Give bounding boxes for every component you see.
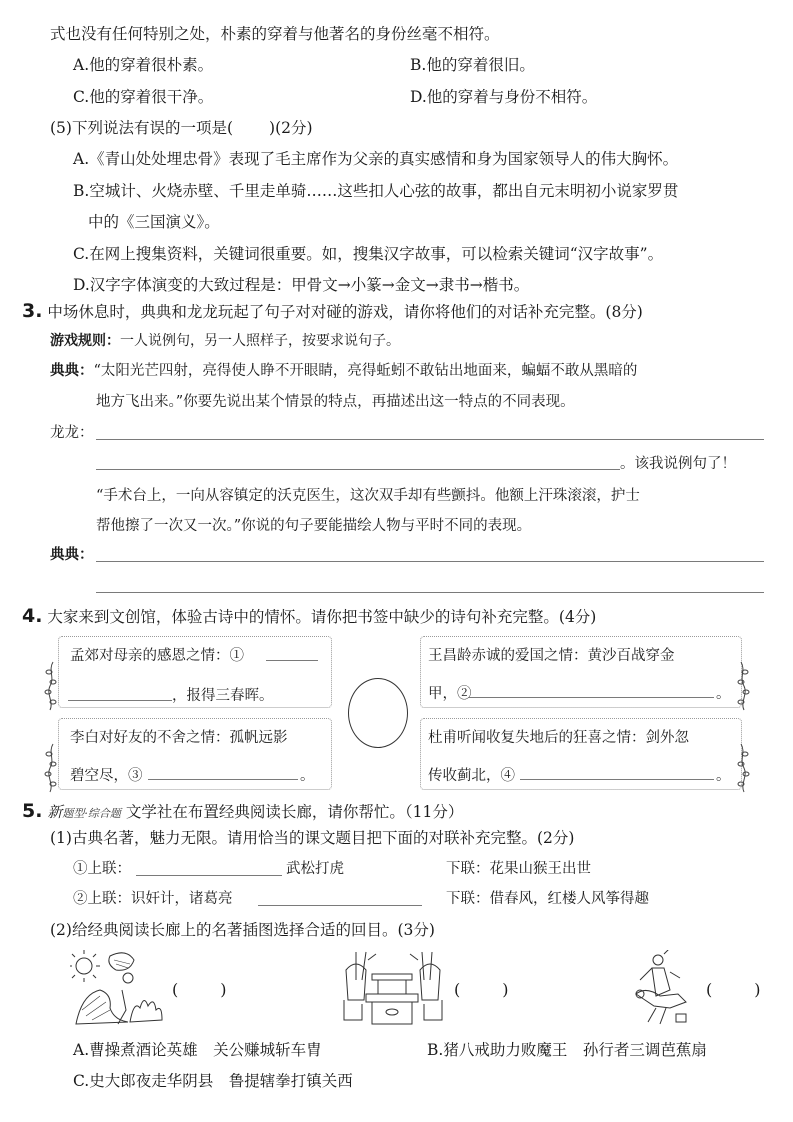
q5-couplet1-upper-tail: 武松打虎 bbox=[286, 857, 344, 878]
q3-long-answer-line-1[interactable] bbox=[96, 439, 764, 440]
paren-open: ( bbox=[706, 980, 712, 999]
bookmark-4-end: 。 bbox=[716, 764, 731, 785]
paren-close: ) bbox=[220, 980, 226, 999]
vine-decoration-icon bbox=[736, 660, 750, 712]
q5-couplet2-blank[interactable] bbox=[258, 905, 422, 906]
paren-close: ) bbox=[502, 980, 508, 999]
q5-couplet2-upper: ②上联：识奸计，诸葛亮 bbox=[73, 887, 233, 908]
q3-dian1-line1: “太阳光芒四射，亮得使人睁不开眼睛，亮得蚯蚓不敢钻出地面来，蝙蝠不敢从黑暗的 bbox=[94, 363, 638, 379]
q5-tag-type: 题型·综合题 bbox=[62, 807, 121, 820]
bookmark-1-line-1: 孟郊对母亲的感恩之情：① bbox=[70, 644, 244, 665]
q3-dian1-line2: 地方飞出来。”你要先说出某个情景的特点，再描述出这一特点的不同表现。 bbox=[96, 390, 575, 411]
illustration-fan-scene-icon bbox=[70, 950, 166, 1028]
bookmark-3-line-1: 李白对好友的不舍之情：孤帆远影 bbox=[70, 726, 288, 747]
q3-number: 3. bbox=[22, 300, 42, 322]
q2-sub5-option-c: C.在网上搜集资料，关键词很重要。如，搜集汉字故事，可以检索关键词“汉字故事”。 bbox=[73, 242, 663, 264]
q4-number: 4. bbox=[22, 605, 42, 627]
q2-sub5-option-a: A.《青山处处埋忠骨》表现了毛主席作为父亲的真实感情和身为国家领导人的伟大胸怀。 bbox=[73, 147, 678, 169]
q3-dian2-label: 典典： bbox=[50, 543, 94, 564]
q5-prompt: 文学社在布置经典阅读长廊，请你帮忙。（11分） bbox=[126, 803, 463, 821]
q3-rule: 游戏规则：一人说例句，另一人照样子，按要求说句子。 bbox=[50, 330, 400, 350]
q3-dian1-label: 典典： bbox=[50, 362, 94, 379]
q3-long-line3: “手术台上，一向从容镇定的沃克医生，这次双手却有些颤抖。他额上汗珠滚滚，护士 bbox=[96, 484, 640, 505]
q3-heading: 3. 中场休息时，典典和龙龙玩起了句子对对碰的游戏，请你将他们的对话补充完整。(… bbox=[22, 300, 643, 322]
q2-option-d: D.他的穿着与身份不相符。 bbox=[410, 85, 597, 107]
q2-sub5-prompt-end: )(2分) bbox=[269, 119, 313, 137]
q2-sub5-option-d: D.汉字字体演变的大致过程是：甲骨文→小篆→金文→隶书→楷书。 bbox=[73, 273, 529, 295]
q3-dian2-answer-line-2[interactable] bbox=[96, 592, 764, 593]
bookmark-1-line-2: ，报得三春晖。 bbox=[172, 684, 274, 705]
q3-rule-text: 一人说例句，另一人照样子，按要求说句子。 bbox=[120, 333, 400, 349]
q5-heading: 5. 新题型·综合题 文学社在布置经典阅读长廊，请你帮忙。（11分） bbox=[22, 800, 463, 822]
bookmark-2-end: 。 bbox=[716, 682, 731, 703]
vine-decoration-icon bbox=[44, 742, 58, 794]
paren-open: ( bbox=[454, 980, 460, 999]
q5-tag-new: 新 bbox=[47, 803, 62, 821]
q5-sub2-option-a: A.曹操煮酒论英雄 关公赚城斩车胄 bbox=[73, 1038, 322, 1060]
bookmark-3-end: 。 bbox=[300, 764, 315, 785]
q3-dian1: 典典：“太阳光芒四射，亮得使人睁不开眼睛，亮得蚯蚓不敢钻出地面来，蝙蝠不敢从黑暗… bbox=[50, 359, 637, 380]
q5-sub1-prompt: (1)古典名著，魅力无限。请用恰当的课文题目把下面的对联补充完整。(2分) bbox=[50, 826, 574, 848]
bookmark-4-blank[interactable] bbox=[520, 779, 714, 780]
q4-heading: 4. 大家来到文创馆，体验古诗中的情怀。请你把书签中缺少的诗句补充完整。(4分) bbox=[22, 605, 596, 627]
q3-long-tail: 。该我说例句了！ bbox=[620, 452, 736, 473]
bookmark-2-line-1: 王昌龄赤诚的爱国之情：黄沙百战穿金 bbox=[428, 644, 675, 665]
q5-couplet1-lower: 下联：花果山猴王出世 bbox=[446, 857, 591, 878]
paren-open: ( bbox=[172, 980, 178, 999]
illustration-2-answer-paren[interactable]: () bbox=[454, 980, 509, 999]
q3-rule-label: 游戏规则： bbox=[50, 333, 120, 349]
q3-prompt: 中场休息时，典典和龙龙玩起了句子对对碰的游戏，请你将他们的对话补充完整。(8分) bbox=[47, 303, 642, 321]
q3-long-answer-line-2[interactable] bbox=[96, 469, 620, 470]
illustration-fight-scene-icon bbox=[630, 950, 700, 1030]
illustration-1-answer-paren[interactable]: () bbox=[172, 980, 227, 999]
q2-option-c: C.他的穿着很干净。 bbox=[73, 85, 213, 107]
q2-option-b: B.他的穿着很旧。 bbox=[410, 53, 535, 75]
q2-intro-line: 式也没有任何特别之处，朴素的穿着与他著名的身份丝毫不相符。 bbox=[50, 22, 500, 44]
q5-sub2-prompt: (2)给经典阅读长廊上的名著插图选择合适的回目。(3分) bbox=[50, 918, 435, 940]
q5-sub2-option-b: B.猪八戒助力败魔王 孙行者三调芭蕉扇 bbox=[427, 1038, 707, 1060]
q2-sub5-prompt-start: (5)下列说法有误的一项是( bbox=[50, 119, 233, 137]
q5-sub2-option-c: C.史大郎夜走华阴县 鲁提辖拳打镇关西 bbox=[73, 1069, 353, 1091]
q2-sub5-option-b: B.空城计、火烧赤壁、千里走单骑……这些扣人心弦的故事，都出自元末明初小说家罗贯 bbox=[73, 179, 678, 201]
bookmark-2-line-2: 甲，② bbox=[428, 682, 472, 703]
illustration-banquet-scene-icon bbox=[342, 950, 444, 1028]
q3-long-label: 龙龙： bbox=[50, 421, 94, 442]
vine-decoration-icon bbox=[44, 660, 58, 712]
q5-number: 5. bbox=[22, 800, 42, 822]
q3-dian2-answer-line-1[interactable] bbox=[96, 561, 764, 562]
q5-couplet1-upper-label: ①上联： bbox=[73, 857, 131, 878]
vine-decoration-icon bbox=[736, 742, 750, 794]
bookmark-3-line-2: 碧空尽，③ bbox=[70, 764, 143, 785]
q2-option-a: A.他的穿着很朴素。 bbox=[73, 53, 213, 75]
q2-sub5-option-b-cont: 中的《三国演义》。 bbox=[88, 210, 220, 232]
q4-prompt: 大家来到文创馆，体验古诗中的情怀。请你把书签中缺少的诗句补充完整。(4分) bbox=[47, 608, 596, 626]
q3-long-line4: 帮他擦了一次又一次。”你说的句子要能描绘人物与平时不同的表现。 bbox=[96, 514, 531, 535]
q5-couplet2-lower: 下联：借春风，红楼人风筝得趣 bbox=[446, 887, 649, 908]
bookmark-2-blank[interactable] bbox=[468, 697, 714, 698]
illustration-3-answer-paren[interactable]: () bbox=[706, 980, 761, 999]
bookmark-1-blank-a[interactable] bbox=[266, 660, 318, 661]
q2-sub5-prompt: (5)下列说法有误的一项是()(2分) bbox=[50, 116, 313, 138]
bookmark-4-line-2: 传收蓟北，④ bbox=[428, 764, 515, 785]
bookmark-3-blank[interactable] bbox=[148, 779, 298, 780]
bookmark-4-line-1: 杜甫听闻收复失地后的狂喜之情：剑外忽 bbox=[428, 726, 689, 747]
decorative-circle bbox=[348, 678, 408, 748]
paren-close: ) bbox=[754, 980, 760, 999]
bookmark-1-blank-b[interactable] bbox=[68, 700, 172, 701]
q5-couplet1-blank[interactable] bbox=[136, 875, 282, 876]
